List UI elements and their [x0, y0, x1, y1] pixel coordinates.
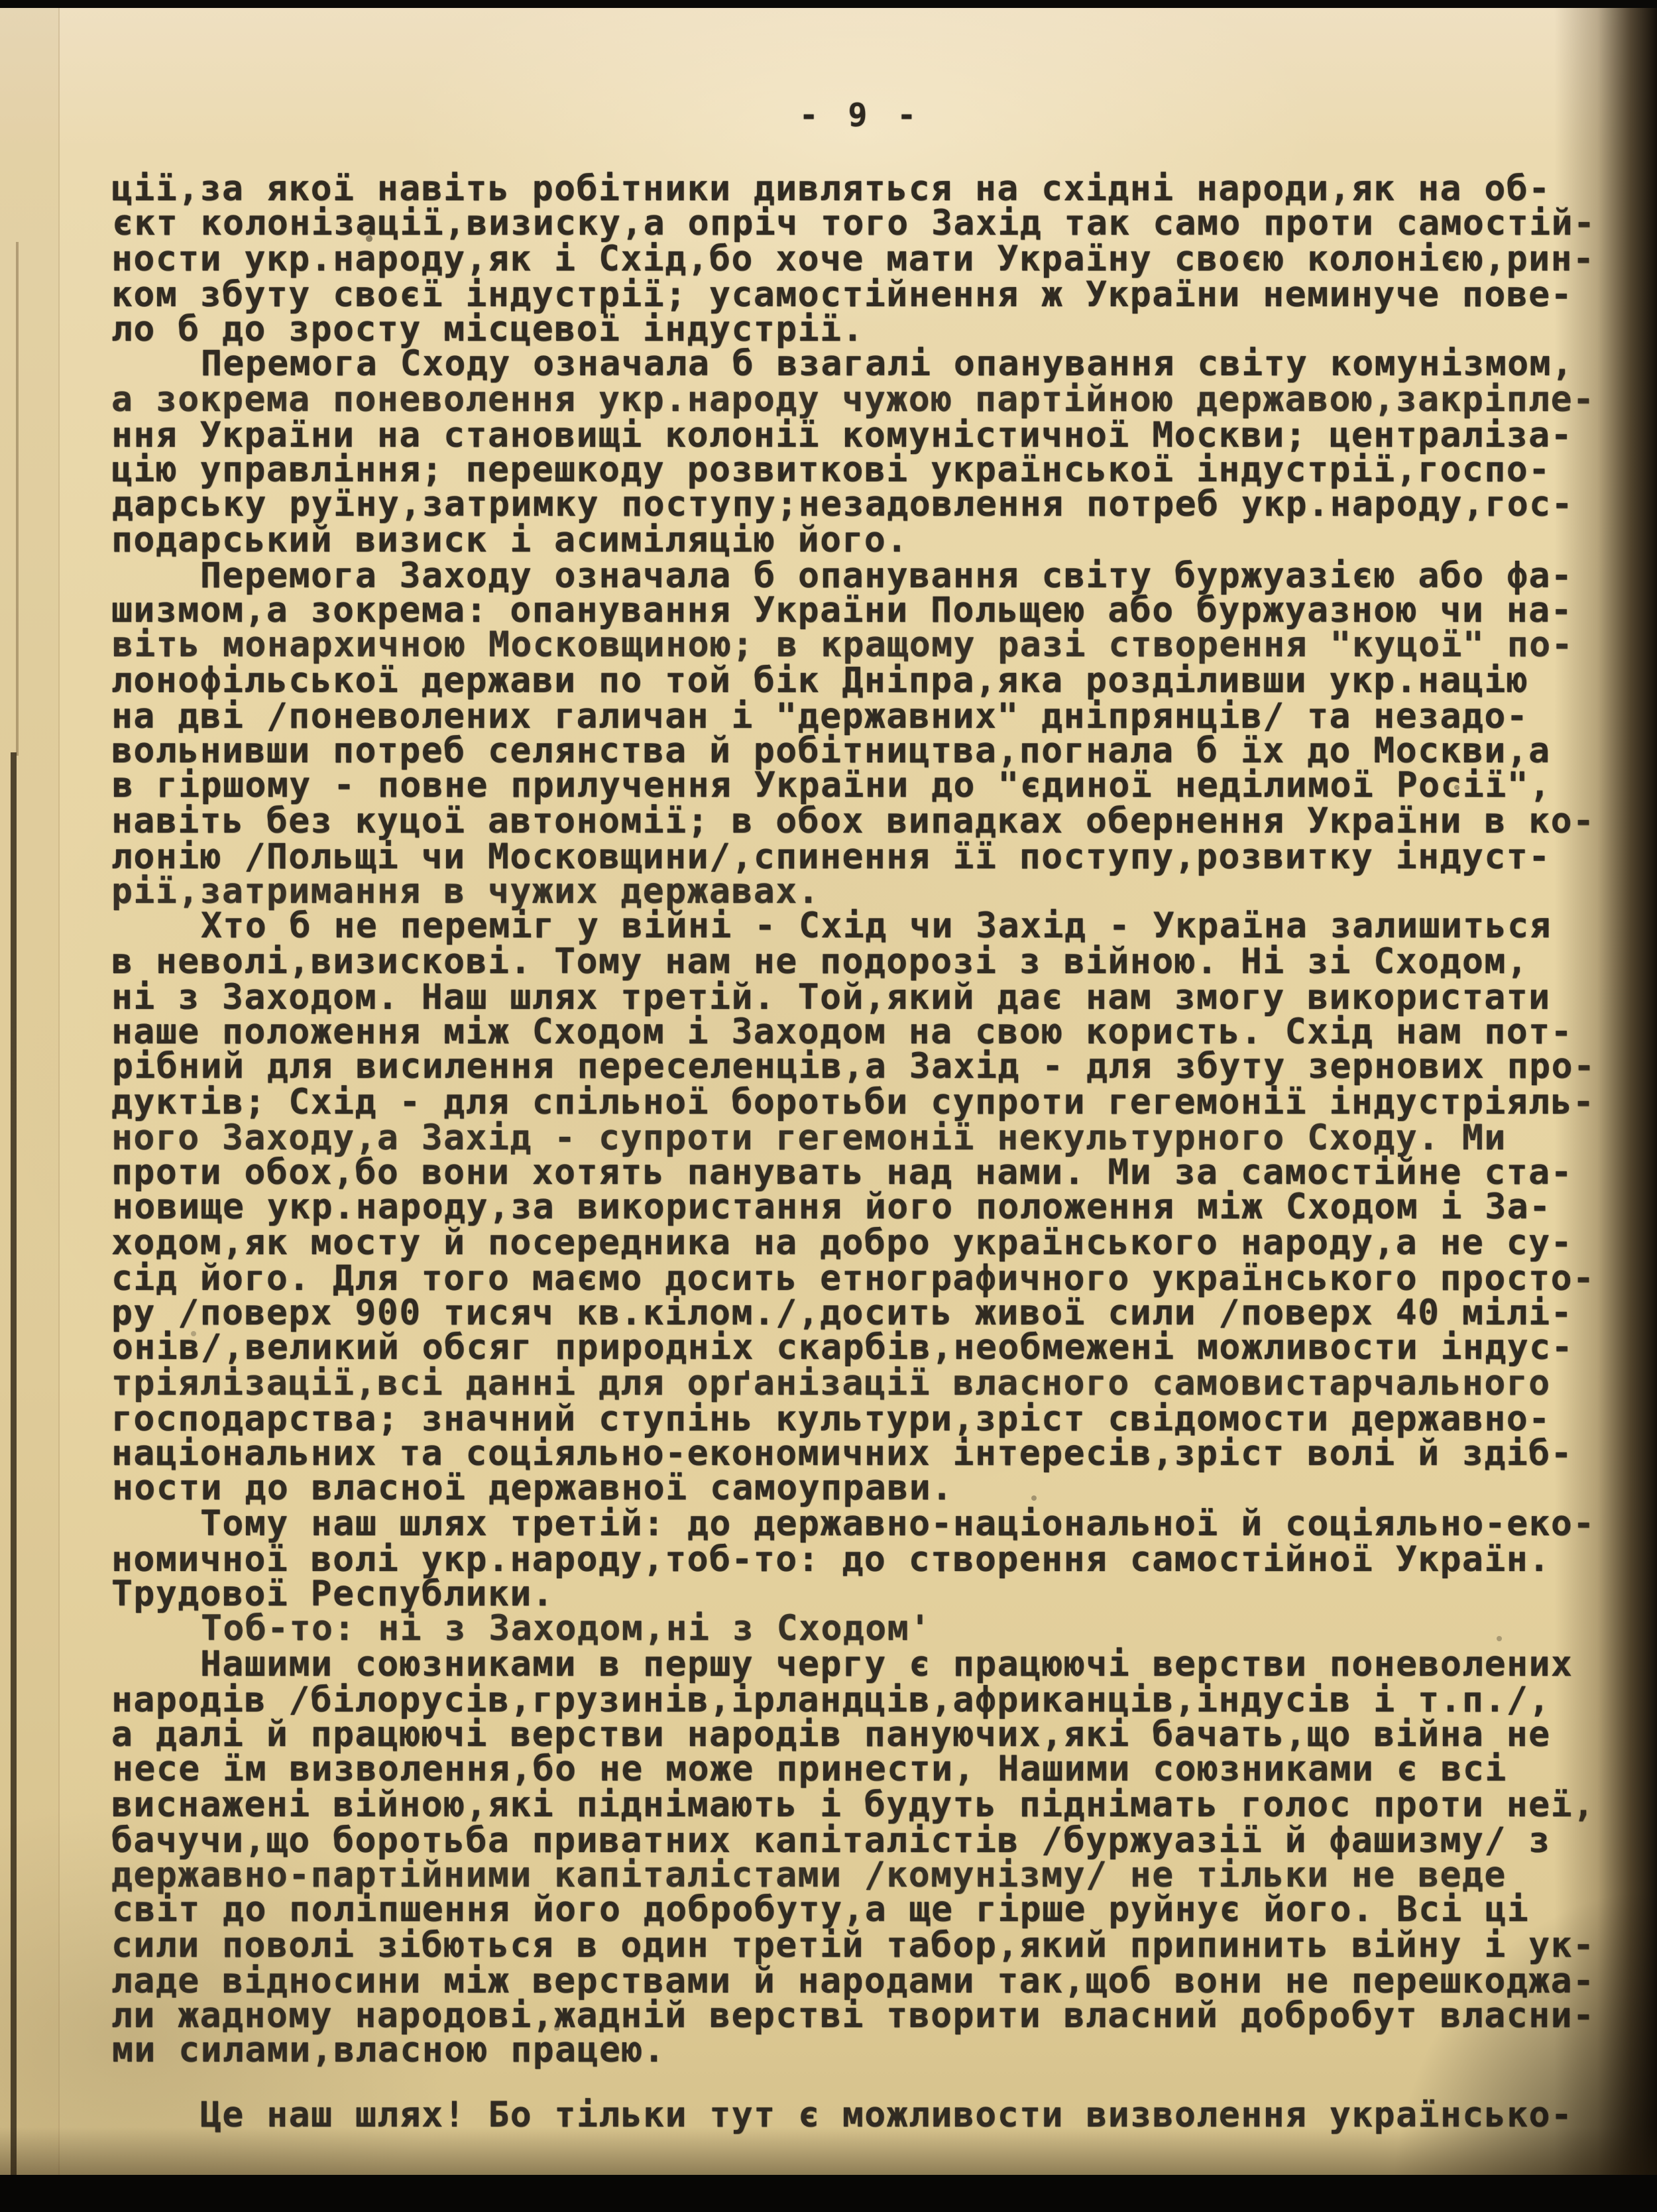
text-line: ні з Заходом. Наш шлях третій. Той,який …	[111, 980, 1609, 1015]
text-line: народів /білорусів,грузинів,ірландців,аф…	[111, 1682, 1609, 1717]
text-line: ло б до зросту місцевої індустрії.	[111, 312, 1609, 347]
text-line: новище укр.народу,за використання його п…	[112, 1189, 1610, 1224]
text-line: віть монархичною Московщиною; в кращому …	[112, 627, 1610, 662]
text-line: Перемога Заходу означала б опанування св…	[111, 558, 1609, 593]
text-line: номичної волі укр.народу,тоб-то: до ство…	[111, 1542, 1609, 1577]
text-line: ного Заходу,а Захід - супроти гегемонії …	[111, 1120, 1609, 1155]
text-line: в гіршому - повне прилучення України до …	[112, 768, 1610, 803]
scan-edge-top	[0, 0, 1657, 8]
text-line: лонію /Польщі чи Московщини/,спинення її…	[111, 839, 1609, 874]
text-line: ння України на становищі колонії комуніс…	[111, 418, 1609, 453]
text-line: єкт колонізації,визиску,а опріч того Зах…	[112, 205, 1610, 241]
page-edge-line-lower	[11, 752, 17, 2178]
text-line: Тому наш шлях третій: до державно-націон…	[111, 1506, 1609, 1541]
typewritten-text-block: ції,за якої навіть робітники дивляться н…	[111, 171, 1609, 2132]
text-line: Хто б не переміг у війні - Схід чи Захід…	[112, 908, 1610, 943]
scan-edge-bottom	[0, 2175, 1657, 2212]
text-line: Трудової Республики.	[111, 1576, 1609, 1611]
text-line: на дві /поневолених галичан і "державних…	[111, 699, 1609, 734]
text-line: виснажені війною,які піднімають і будуть…	[111, 1787, 1609, 1822]
text-line: ру /поверх 900 тисяч кв.кілом./,досить ж…	[111, 1295, 1609, 1330]
text-line: шизмом,а зокрема: опанування України Пол…	[111, 593, 1609, 628]
text-line: сід його. Для того маємо досить етнограф…	[111, 1261, 1609, 1296]
page-number: - 9 -	[111, 97, 1609, 134]
scan-edge-bottom-fade	[0, 2127, 1657, 2175]
text-line: подарський визиск і асиміляцію його.	[111, 522, 1609, 557]
text-line: господарства; значний ступінь культури,з…	[111, 1401, 1609, 1436]
scanned-document-page: - 9 - ції,за якої навіть робітники дивля…	[0, 0, 1657, 2212]
text-line: а зокрема поневолення укр.народу чужою п…	[111, 382, 1609, 417]
page-edge-line-upper	[16, 242, 19, 756]
text-line: Тоб-то: ні з Заходом,ні з Сходом'	[112, 1611, 1610, 1646]
text-line: лонофільської держави по той бік Дніпра,…	[111, 663, 1609, 698]
text-line: в неволі,визискові. Тому нам не подорозі…	[111, 944, 1609, 979]
text-line: ходом,як мосту й посередника на добро ук…	[111, 1225, 1609, 1260]
text-line: рібний для висилення переселенців,а Захі…	[112, 1049, 1610, 1084]
text-line: наше положення між Сходом і Заходом на с…	[111, 1014, 1609, 1049]
text-line: бачучи,що боротьба приватних капіталісті…	[111, 1823, 1609, 1858]
text-line: національних та соціяльно-економичних ін…	[111, 1436, 1609, 1471]
text-line: ком збуту своєї індустрії; усамостійненн…	[111, 277, 1609, 312]
text-line: ности до власної державної самоуправи.	[112, 1470, 1610, 1505]
text-line: несе їм визволення,бо не може принести, …	[112, 1751, 1610, 1786]
text-line: дарську руїну,затримку поступу;незадовле…	[112, 487, 1610, 522]
text-line: дуктів; Схід - для спільної боротьби суп…	[111, 1084, 1609, 1120]
text-line: ности укр.народу,як і Схід,бо хоче мати …	[111, 241, 1609, 276]
text-line: навіть без куцої автономії; в обох випад…	[111, 803, 1609, 839]
text-line: тріялізації,всі данні для орґанізації вл…	[111, 1366, 1609, 1401]
page-fold-strip	[0, 8, 60, 2212]
text-line: Нашими союзниками в першу чергу є працюю…	[111, 1647, 1609, 1682]
text-line: цію управління; перешкоду розвиткові укр…	[111, 452, 1609, 487]
text-line: а далі й працюючі верстви народів пануюч…	[111, 1717, 1609, 1752]
text-line: ції,за якої навіть робітники дивляться н…	[111, 171, 1609, 206]
text-line: Перемога Сходу означала б взагалі опанув…	[112, 346, 1610, 381]
text-line: рії,затримання в чужих державах.	[111, 874, 1609, 909]
text-line: вольнивши потреб селянства й робітництва…	[111, 733, 1609, 768]
text-line: онів/,великий обсяг природніх скарбів,не…	[112, 1330, 1610, 1365]
text-line: проти обох,бо вони хотять панувать над н…	[111, 1155, 1609, 1190]
